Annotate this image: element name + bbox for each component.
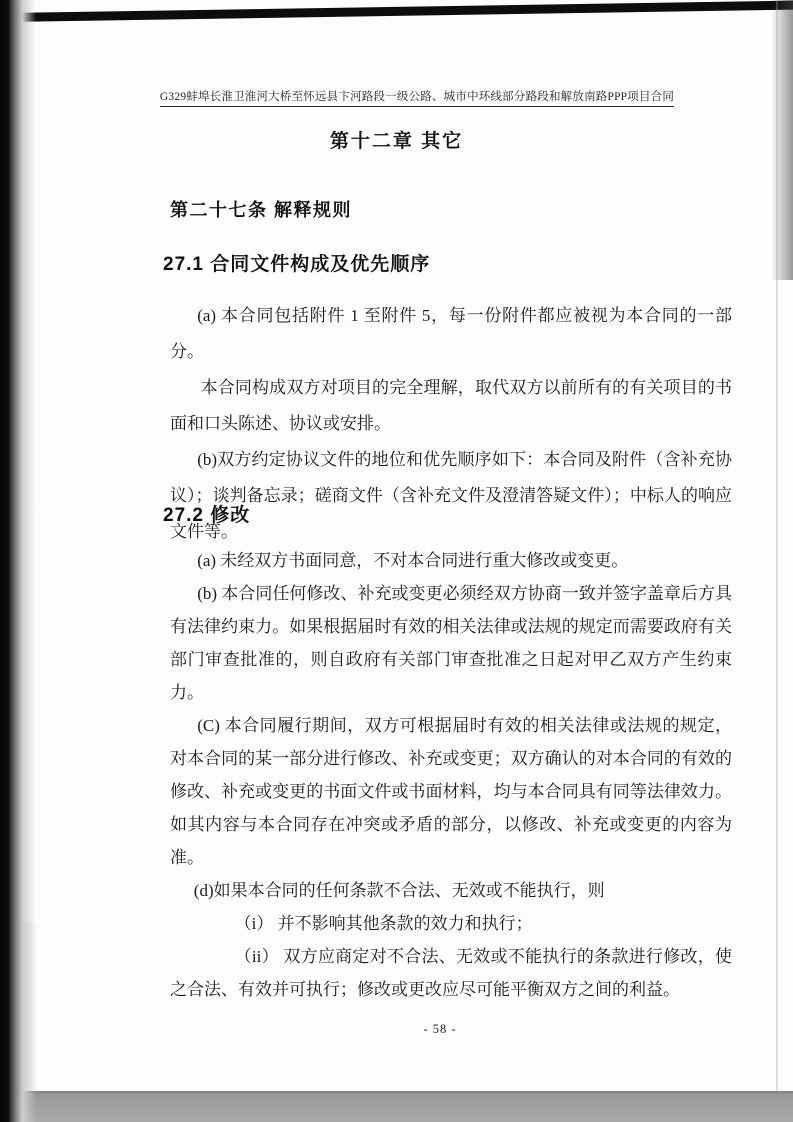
- paragraph-27-1-a: (a) 本合同包括附件 1 至附件 5，每一份附件都应被视为本合同的一部分。: [170, 298, 732, 370]
- scan-bottom-edge-shadow: [0, 1091, 793, 1122]
- scan-top-edge-shadow: [6, 0, 793, 22]
- paragraph-27-2-c: (C) 本合同履行期间，双方可根据届时有效的相关法律或法规的规定，对本合同的某一…: [170, 709, 732, 874]
- section-27-1-heading: 27.1 合同文件构成及优先顺序: [163, 249, 430, 276]
- scan-left-edge-shadow: [0, 0, 36, 1122]
- article-heading: 第二十七条 解释规则: [170, 196, 352, 222]
- scanned-contract-page: G329蚌埠长淮卫淮河大桥至怀远县卞河路段一级公路、城市中环线部分路段和解放南路…: [0, 0, 793, 1122]
- paragraph-27-2-d-i: （i） 并不影响其他条款的效力和执行；: [170, 907, 732, 940]
- section-27-1-body: (a) 本合同包括附件 1 至附件 5，每一份附件都应被视为本合同的一部分。 本…: [170, 298, 732, 550]
- chapter-title: 第十二章 其它: [0, 126, 793, 153]
- running-header-text: G329蚌埠长淮卫淮河大桥至怀远县卞河路段一级公路、城市中环线部分路段和解放南路…: [160, 88, 674, 107]
- paragraph-27-1-b: (b)双方约定协议文件的地位和优先顺序如下：本合同及附件（含补充协议）；谈判备忘…: [170, 442, 732, 550]
- paragraph-27-2-a: (a) 未经双方书面同意，不对本合同进行重大修改或变更。: [170, 544, 732, 577]
- document-running-header: G329蚌埠长淮卫淮河大桥至怀远县卞河路段一级公路、城市中环线部分路段和解放南路…: [100, 88, 734, 107]
- paragraph-27-2-b: (b) 本合同任何修改、补充或变更必须经双方协商一致并签字盖章后方具有法律约束力…: [170, 577, 732, 709]
- paragraph-27-2-d-ii: （ii） 双方应商定对不合法、无效或不能执行的条款进行修改，使之合法、有效并可执…: [170, 940, 732, 1006]
- paragraph-27-2-d: (d)如果本合同的任何条款不合法、无效或不能执行，则: [170, 874, 732, 907]
- page-number: - 58 -: [0, 1022, 793, 1037]
- paragraph-27-1-p2: 本合同构成双方对项目的完全理解，取代双方以前所有的有关项目的书面和口头陈述、协议…: [170, 370, 732, 442]
- section-27-2-body: (a) 未经双方书面同意，不对本合同进行重大修改或变更。 (b) 本合同任何修改…: [170, 544, 732, 1006]
- scan-right-edge-line: [776, 0, 778, 1122]
- section-27-2-heading: 27.2 修改: [163, 500, 250, 527]
